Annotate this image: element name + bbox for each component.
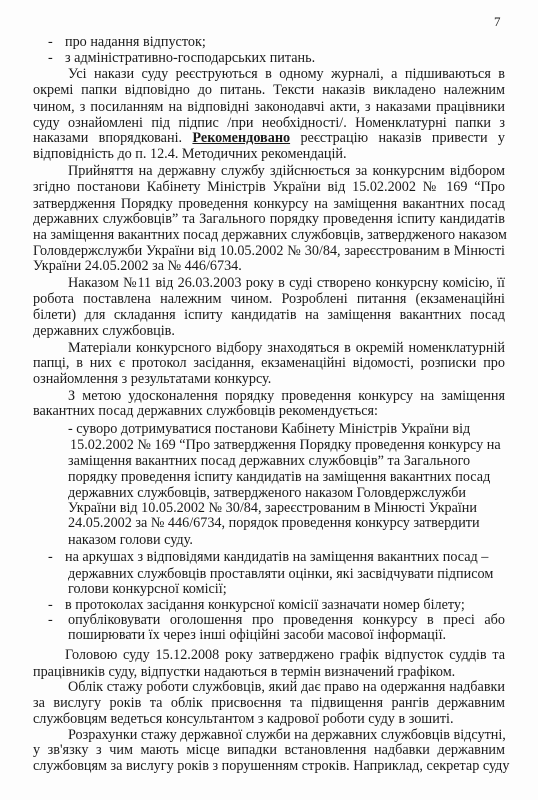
text-segment: наказами впорядковані. (33, 130, 192, 146)
text-line: поширювати їх через інші офіційні засоби… (68, 627, 505, 643)
bullet-dash: - (48, 50, 53, 66)
text-line: згідно постанови Кабінету Міністрів Укра… (33, 179, 505, 195)
text-line: наказами впорядковані. Рекомендовано реє… (33, 130, 505, 146)
text-line: 15.02.2002 № 169 “Про затвердження Поряд… (70, 437, 468, 453)
bullet-dash: - (48, 549, 53, 565)
text-line: Прийняття на державну службу здійснюєтьс… (68, 163, 505, 179)
text-line: - суворо дотримуватися постанови Кабінет… (68, 421, 468, 437)
text-line: окремі папки відповідно до питань. Текст… (33, 82, 505, 98)
text-line: відповідність до п. 12.4. Методичних рек… (33, 146, 505, 162)
bullet-dash: - (48, 612, 53, 628)
text-line: України 24.05.2002 за № 446/6734. (33, 258, 505, 274)
text-line: у зв'язку з чим мають місце випадки вста… (33, 742, 505, 758)
text-line: Головдержслужби України від 10.05.2002 №… (33, 243, 505, 259)
text-line: на заміщення вакантних посад державних с… (33, 227, 505, 243)
text-line: Облік стажу роботи службовців, який дає … (68, 679, 505, 695)
text-line: суду ознайомлені під підпис /при необхід… (33, 115, 505, 131)
text-line: порядку проведення іспиту кандидатів на … (68, 469, 468, 485)
text-line: за вислугу років та облік присвоєння та … (33, 695, 505, 711)
text-line: Головою суду 15.12.2008 року затверджено… (65, 647, 505, 663)
text-line: папці, в них є протокол засідання, екзам… (33, 355, 505, 371)
list-item: з адміністративно-господарських питань. (65, 50, 505, 66)
text-line: 24.05.2002 за № 446/6734, порядок провед… (68, 515, 468, 531)
text-line: ознайомлення з результатами конкурсу. (33, 371, 505, 387)
text-segment: реєстрацію наказів привести у (290, 130, 505, 146)
text-line: України від 10.05.2002 № 30/84, зареєстр… (68, 500, 468, 516)
text-line: державних службовців. (33, 323, 505, 339)
text-line: опубліковувати оголошення про проведення… (68, 612, 505, 628)
text-line: службовцям за вислугу років з порушенням… (33, 758, 505, 774)
text-line: робота поставлена належним чином. Розроб… (33, 291, 505, 307)
text-line: в протоколах засідання конкурсної комісі… (65, 597, 505, 613)
text-line: державних службовців” та Загального поря… (33, 211, 505, 227)
page-number: 7 (494, 14, 501, 30)
text-line: Усі накази суду реєструються в одному жу… (68, 66, 505, 82)
text-line: на аркушах з відповідями кандидатів на з… (65, 549, 485, 565)
text-line: затвердження Порядку проведення конкурсу… (33, 196, 505, 212)
recommended-emphasis: Рекомендовано (192, 130, 290, 146)
text-line: Матеріали конкурсного відбору знаходятьс… (68, 340, 505, 356)
text-line: З метою удосконалення порядку проведення… (68, 388, 505, 404)
text-line: білети) для складання іспиту кандидатів … (33, 307, 505, 323)
bullet-dash: - (48, 597, 53, 613)
bullet-dash: - (48, 34, 53, 50)
text-line: голови конкурсної комісії; (68, 581, 468, 597)
list-item: про надання відпусток; (65, 34, 505, 50)
text-line: чином, з посиланням на відповідні законо… (33, 99, 505, 115)
text-line: службовцям ведеться консультантом з кадр… (33, 711, 505, 727)
text-line: державних службовців, затвердженого нака… (68, 485, 468, 501)
text-line: Розрахунки стажу державної служби на дер… (68, 727, 505, 743)
text-line: працівників суду, відпустки надаються в … (33, 664, 505, 680)
text-line: Наказом №11 від 26.03.2003 року в суді с… (68, 275, 505, 291)
document-page: 7 - про надання відпусток; - з адміністр… (0, 0, 538, 800)
text-line: заміщення вакантних посад державних служ… (68, 453, 468, 469)
text-line: наказом голови суду. (68, 532, 468, 548)
text-line: державних службовців проставляти оцінки,… (68, 566, 468, 582)
text-line: вакантних посад державних службовців рек… (33, 403, 505, 419)
